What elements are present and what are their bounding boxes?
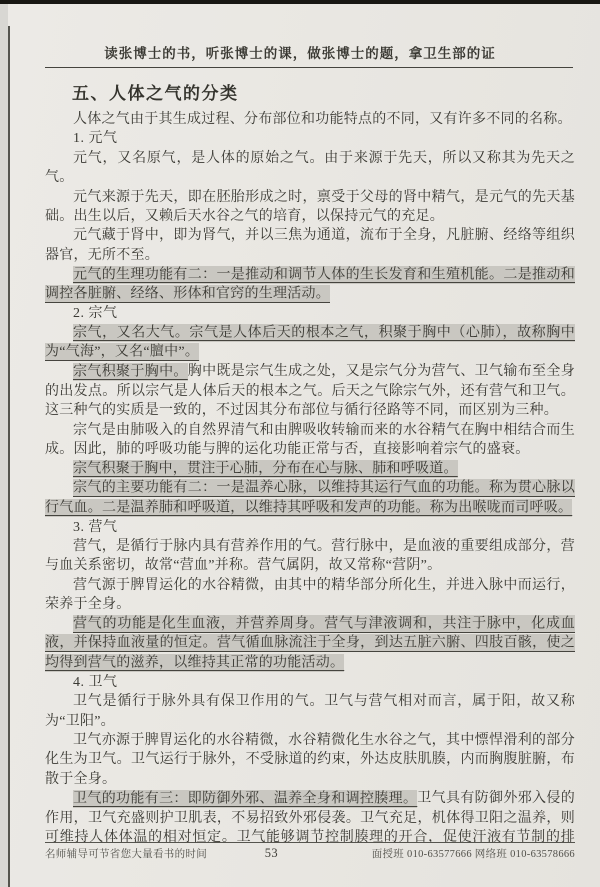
text-run: 宗气是由肺吸入的自然界清气和由脾吸收转输而来的水谷精气在胸中相结合而生成。因此，…: [45, 423, 575, 457]
highlighted-text: 宗气的主要功能有二：一是温养心脉，以维持其运行气血的功能。称为贯心脉以行气血。二…: [45, 479, 575, 516]
highlighted-text: 宗气，又名大气。宗气是人体后天的根本之气，积聚于胸中（心肺），故称胸中为“气海”…: [45, 324, 575, 361]
subsection-heading: 4. 卫气: [45, 673, 575, 692]
text-run: 营气源于脾胃运化的水谷精微，由其中的精华部分所化生，并进入脉中而运行，荣养于全身…: [45, 578, 575, 612]
page-footer: 名师辅导可节省您大量看书的时间 53 面授班 010-63577666 网络班 …: [0, 842, 600, 861]
document-body: 五、人体之气的分类人体之气由于其生成过程、分布部位和功能特点的不同，又有许多不同…: [0, 80, 600, 842]
text-run: 人体之气由于其生成过程、分布部位和功能特点的不同，又有许多不同的名称。: [73, 112, 572, 127]
text-run: 营气，是循行于脉内具有营养作用的气。营行脉中，是血液的重要组成部分，营与血关系密…: [45, 539, 575, 573]
text-run: 卫气亦源于脾胃运化的水谷精微，水谷精微化生水谷之气，其中慓悍滑利的部分化生为卫气…: [45, 733, 575, 787]
highlighted-text: 营气的功能是化生血液，并营养周身。营气与津液调和，共注于脉中，化成血液，并保持血…: [45, 615, 575, 672]
text-run: 元气来源于先天，即在胚胎形成之时，禀受于父母的肾中精气，是元气的先天基础。出生以…: [45, 190, 575, 224]
text-run: 3. 营气: [73, 520, 118, 535]
paragraph: 营气的功能是化生血液，并营养周身。营气与津液调和，共注于脉中，化成血液，并保持血…: [45, 615, 575, 673]
paragraph: 宗气，又名大气。宗气是人体后天的根本之气，积聚于胸中（心肺），故称胸中为“气海”…: [45, 323, 575, 362]
header-slogan: 读张博士的书，听张博士的课，做张博士的题，拿卫生部的证: [0, 42, 600, 62]
highlighted-text: 卫气的功能有三：即防御外邪、温养全身和调控腠理。: [73, 790, 417, 808]
paragraph: 卫气的功能有三：即防御外邪、温养全身和调控腠理。卫气具有防御外邪入侵的作用，卫气…: [45, 789, 575, 842]
subsection-heading: 1. 元气: [45, 129, 575, 148]
paragraph: 元气的生理功能有二：一是推动和调节人体的生长发育和生殖机能。二是推动和调控各脏腑…: [45, 265, 575, 304]
scan-edge-left-strip: [0, 0, 8, 887]
section-title: 五、人体之气的分类: [45, 82, 575, 106]
scanned-page: 读张博士的书，听张博士的课，做张博士的题，拿卫生部的证 五、人体之气的分类人体之…: [0, 0, 600, 887]
paragraph: 人体之气由于其生成过程、分布部位和功能特点的不同，又有许多不同的名称。: [45, 110, 575, 129]
paragraph: 卫气是循行于脉外具有保卫作用的气。卫气与营气相对而言，属于阳，故又称为“卫阳”。: [45, 692, 575, 731]
paragraph: 宗气积聚于胸中，贯注于心肺，分布在心与脉、肺和呼吸道。: [45, 459, 575, 478]
page-number: 53: [265, 846, 278, 861]
subsection-heading: 2. 宗气: [45, 304, 575, 323]
page-header: 读张博士的书，听张博士的课，做张博士的题，拿卫生部的证: [0, 0, 600, 68]
footer-contacts: 面授班 010-63577666 网络班 010-63578666: [372, 846, 575, 861]
text-run: 1. 元气: [73, 131, 118, 146]
paragraph: 元气来源于先天，即在胚胎形成之时，禀受于父母的肾中精气，是元气的先天基础。出生以…: [45, 188, 575, 227]
text-run: 2. 宗气: [73, 306, 118, 321]
text-run: 五、人体之气的分类: [72, 84, 239, 103]
subsection-heading: 3. 营气: [45, 518, 575, 537]
header-rule: [45, 67, 573, 68]
footer-note: 名师辅导可节省您大量看书的时间: [45, 846, 207, 861]
paragraph: 宗气是由肺吸入的自然界清气和由脾吸收转输而来的水谷精气在胸中相结合而生成。因此，…: [45, 421, 575, 460]
text-run: 卫气是循行于脉外具有保卫作用的气。卫气与营气相对而言，属于阳，故又称为“卫阳”。: [45, 694, 575, 728]
text-run: 元气，又名原气，是人体的原始之气。由于来源于先天，所以又称其为先天之气。: [45, 151, 575, 185]
highlighted-text: 元气的生理功能有二：一是推动和调节人体的生长发育和生殖机能。二是推动和调控各脏腑…: [45, 266, 575, 303]
footer-rule: [45, 842, 575, 843]
paragraph: 卫气亦源于脾胃运化的水谷精微，水谷精微化生水谷之气，其中慓悍滑利的部分化生为卫气…: [45, 731, 575, 789]
paragraph: 营气，是循行于脉内具有营养作用的气。营行脉中，是血液的重要组成部分，营与血关系密…: [45, 537, 575, 576]
scan-edge-left-line: [8, 26, 10, 887]
paragraph: 元气，又名原气，是人体的原始之气。由于来源于先天，所以又称其为先天之气。: [45, 149, 575, 188]
paragraph: 宗气积聚于胸中。胸中既是宗气生成之处，又是宗气分为营气、卫气输布至全身的出发点。…: [45, 362, 575, 420]
paragraph: 元气藏于肾中，即为肾气，并以三焦为通道，流布于全身，凡脏腑、经络等组织器官，无所…: [45, 226, 575, 265]
text-run: 4. 卫气: [73, 675, 118, 690]
scan-edge-top-bar: [0, 0, 600, 4]
text-run: 元气藏于肾中，即为肾气，并以三焦为通道，流布于全身，凡脏腑、经络等组织器官，无所…: [45, 228, 575, 262]
paragraph: 营气源于脾胃运化的水谷精微，由其中的精华部分所化生，并进入脉中而运行，荣养于全身…: [45, 576, 575, 615]
highlighted-text: 宗气积聚于胸中。: [73, 363, 188, 381]
highlighted-text: 宗气积聚于胸中，贯注于心肺，分布在心与脉、肺和呼吸道。: [73, 460, 458, 478]
paragraph: 宗气的主要功能有二：一是温养心脉，以维持其运行气血的功能。称为贯心脉以行气血。二…: [45, 479, 575, 518]
